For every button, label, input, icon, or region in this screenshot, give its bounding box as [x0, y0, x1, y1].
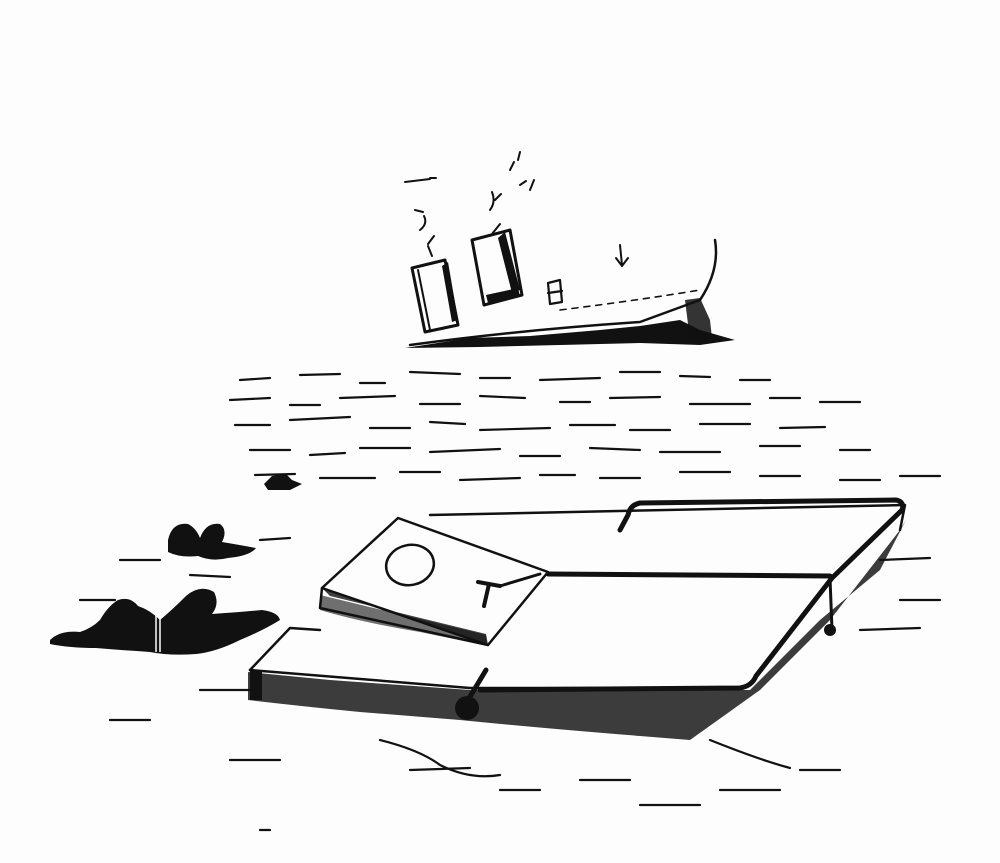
sinking-ship	[405, 152, 735, 348]
hatch-raft	[248, 500, 906, 740]
porthole	[382, 540, 437, 589]
floating-debris	[50, 474, 302, 655]
sinking-ship-illustration	[0, 0, 1000, 863]
hatch-handle	[478, 582, 500, 606]
raised-hatch	[320, 518, 548, 646]
